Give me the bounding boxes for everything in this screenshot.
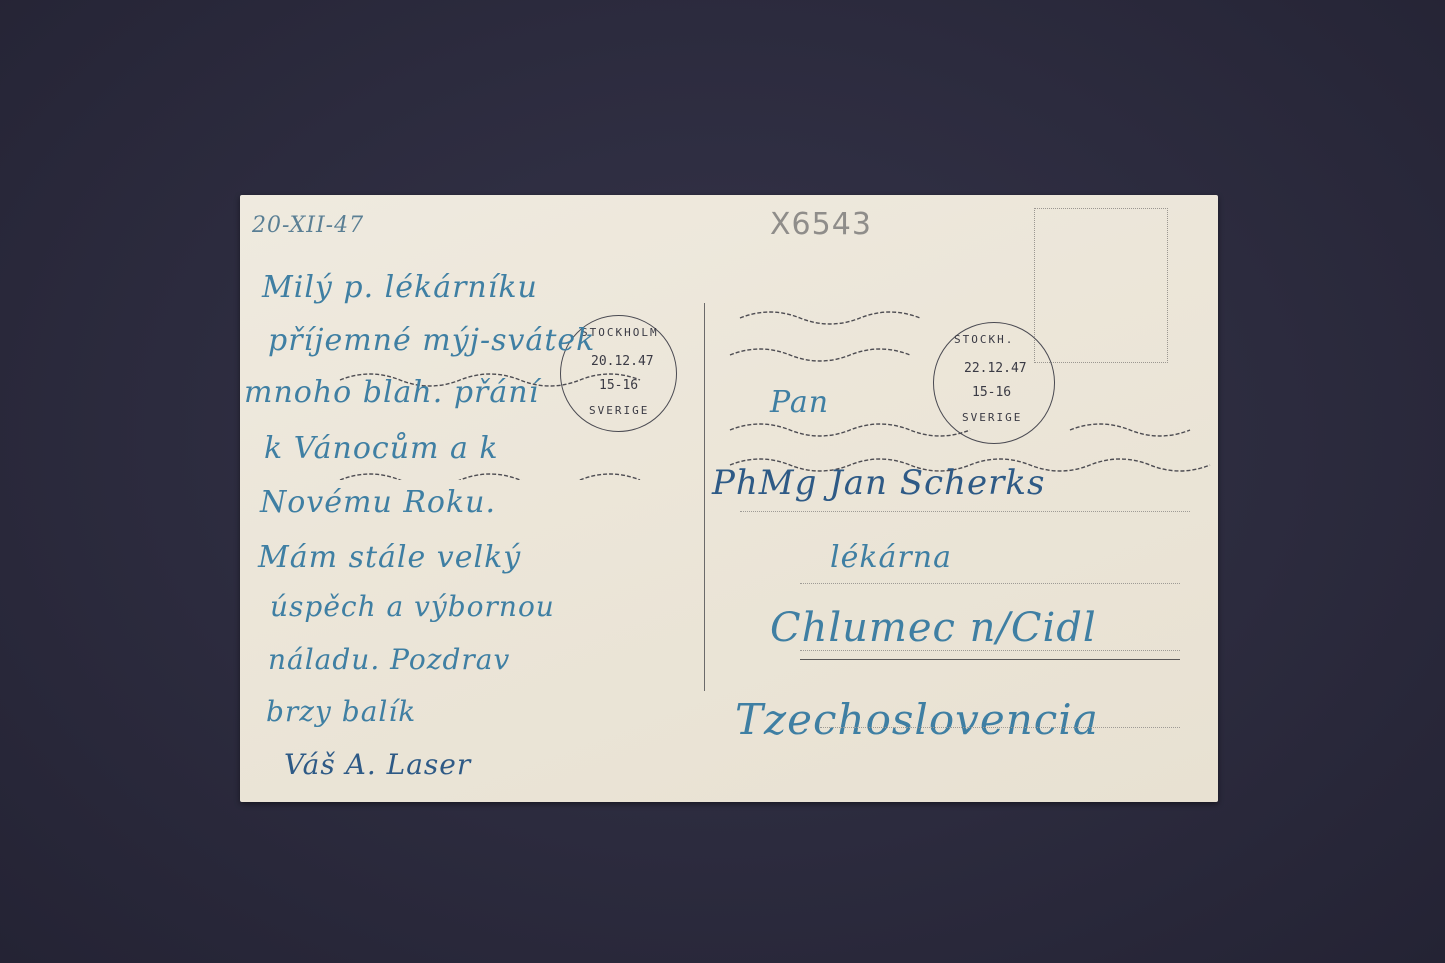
message-line: úspěch a výbornou [270, 590, 555, 623]
inventory-number: X6543 [770, 207, 872, 242]
message-line: Mám stále velký [258, 540, 521, 575]
address-line [820, 727, 1180, 728]
address-name: PhMg Jan Scherks [712, 463, 1045, 503]
address-city: Chlumec n/Cidl [770, 605, 1097, 651]
message-line: Novému Roku. [260, 485, 496, 520]
address-salutation: Pan [770, 385, 829, 420]
address-underline [800, 659, 1180, 660]
address-line [740, 511, 1190, 512]
address-occupation: lékárna [830, 540, 952, 575]
address-line [800, 650, 1180, 651]
address-line [800, 583, 1180, 584]
signature: Váš A. Laser [284, 748, 471, 781]
message-line: k Vánocům a k [264, 431, 499, 466]
message-line: brzy balík [266, 695, 416, 728]
message-line: Milý p. lékárníku [262, 270, 538, 305]
message-line: náladu. Pozdrav [268, 643, 510, 676]
postcard: X6543 STOCKHOLM 20.12.47 15-16 SVERIGE S… [240, 195, 1218, 802]
message-date: 20-XII-47 [252, 213, 364, 238]
address-country: Tzechoslovencia [735, 695, 1099, 744]
postmark-right: STOCKH. 22.12.47 15-16 SVERIGE [933, 322, 1055, 444]
message-line: příjemné mýj-svátek [268, 323, 595, 358]
message-line: mnoho blah. přání [244, 375, 539, 410]
